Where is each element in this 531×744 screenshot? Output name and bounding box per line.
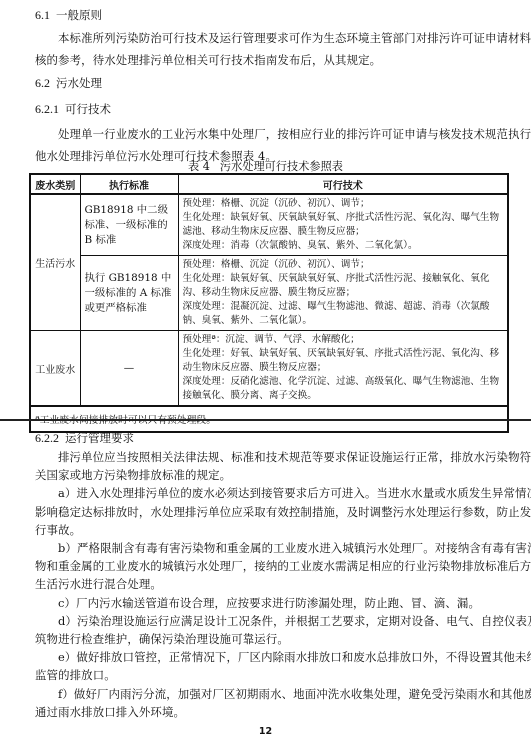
tech-cell: 预处理：格栅、沉淀（沉砂、初沉）、调节； 生化处理：缺氧好氧、厌氧缺氧好氧、序批… <box>178 194 508 256</box>
item-b-line2: 物和重金属的工业废水的城镇污水处理厂，接纳的工业废水需满足相应的行业污染物排放标… <box>35 557 531 575</box>
item-b-line3: 生活污水进行混合处理。 <box>35 575 162 593</box>
standard-cell: — <box>80 331 178 407</box>
paragraph-6-2-2-intro-line2: 关国家或地方污染物排放标准的规定。 <box>35 466 231 484</box>
header-standard: 执行标准 <box>80 174 178 194</box>
table-caption: 表 4污水处理可行技术参照表 <box>0 158 531 174</box>
item-e-line1: e）做好排放口管控，正常情况下，厂区内除雨水排放口和废水总排放口外，不得设置其他… <box>35 648 531 666</box>
table-row: 工业废水 — 预处理ª：沉淀、调节、气浮、水解酸化； 生化处理：好氧、缺氧好氧、… <box>30 331 508 407</box>
item-c-line1: c）厂内污水输送管道布设合理，应按要求进行防渗漏处理，防止跑、冒、滴、漏。 <box>35 594 480 612</box>
item-b-line1: b）严格限制含有毒有害污染物和重金属的工业废水进入城镇污水处理厂。对接纳含有毒有… <box>35 539 531 557</box>
category-cell: 工业废水 <box>30 331 80 407</box>
header-category: 废水类别 <box>30 174 80 194</box>
heading-6-2: 6.2污水处理 <box>35 75 102 91</box>
paragraph-6-2-1-line1: 处理单一行业废水的工业污水集中处理厂，按相应行业的排污许可证申请与核发技术规范执… <box>35 123 531 145</box>
item-a-line1: a）进入水处理排污单位的废水必须达到接管要求后方可进入。当进水水量或水质发生异常… <box>35 484 531 502</box>
item-d-line1: d）污染治理设施运行应满足设计工况条件，并根据工艺要求，定期对设备、电气、自控仪… <box>35 612 531 630</box>
section-divider <box>0 419 531 421</box>
standard-cell: GB18918 中二级标准、一级标准的 B 标准 <box>80 194 178 256</box>
paragraph-6-1-line1: 本标准所列污染防治可行技术及运行管理要求可作为生态环境主管部门对排污许可证申请材… <box>35 27 531 49</box>
item-f-line2: 通过雨水排放口排入外环境。 <box>35 703 185 721</box>
table-4: 废水类别 执行标准 可行技术 生活污水 GB18918 中二级标准、一级标准的 … <box>29 173 509 433</box>
item-d-line2: 筑物进行检查维护，确保污染治理设施可靠运行。 <box>35 630 289 648</box>
heading-6-1: 6.1一般原则 <box>35 7 102 23</box>
page-number: 12 <box>0 726 531 737</box>
table-row: 执行 GB18918 中一级标准的 A 标准或更严格标准 预处理：格栅、沉淀（沉… <box>30 256 508 331</box>
standard-cell: 执行 GB18918 中一级标准的 A 标准或更严格标准 <box>80 256 178 331</box>
paragraph-6-1-line2: 核的参考，待水处理排污单位相关可行技术指南发布后，从其规定。 <box>35 49 381 71</box>
item-a-line3: 行事故。 <box>35 521 81 539</box>
item-a-line2: 影响稳定达标排放时，水处理排污单位应采取有效控制措施，及时调整污水处理运行参数，… <box>35 503 531 521</box>
heading-6-2-2: 6.2.2运行管理要求 <box>35 430 134 446</box>
item-e-line2: 监管的排放口。 <box>35 666 116 684</box>
category-cell: 生活污水 <box>30 194 80 331</box>
header-tech: 可行技术 <box>178 174 508 194</box>
item-f-line1: f）做好厂内雨污分流，加强对厂区初期雨水、地面冲洗水收集处理，避免受污染雨水和其… <box>35 685 531 703</box>
tech-cell: 预处理ª：沉淀、调节、气浮、水解酸化； 生化处理：好氧、缺氧好氧、厌氧缺氧好氧、… <box>178 331 508 407</box>
paragraph-6-2-2-intro-line1: 排污单位应当按照相关法律法规、标准和技术规范等要求保证设施运行正常，排放水污染物… <box>35 448 531 466</box>
table-header-row: 废水类别 执行标准 可行技术 <box>30 174 508 194</box>
heading-6-2-1: 6.2.1可行技术 <box>35 101 111 117</box>
tech-cell: 预处理：格栅、沉淀（沉砂、初沉）、调节； 生化处理：缺氧好氧、厌氧缺氧好氧、序批… <box>178 256 508 331</box>
table-row: 生活污水 GB18918 中二级标准、一级标准的 B 标准 预处理：格栅、沉淀（… <box>30 194 508 256</box>
